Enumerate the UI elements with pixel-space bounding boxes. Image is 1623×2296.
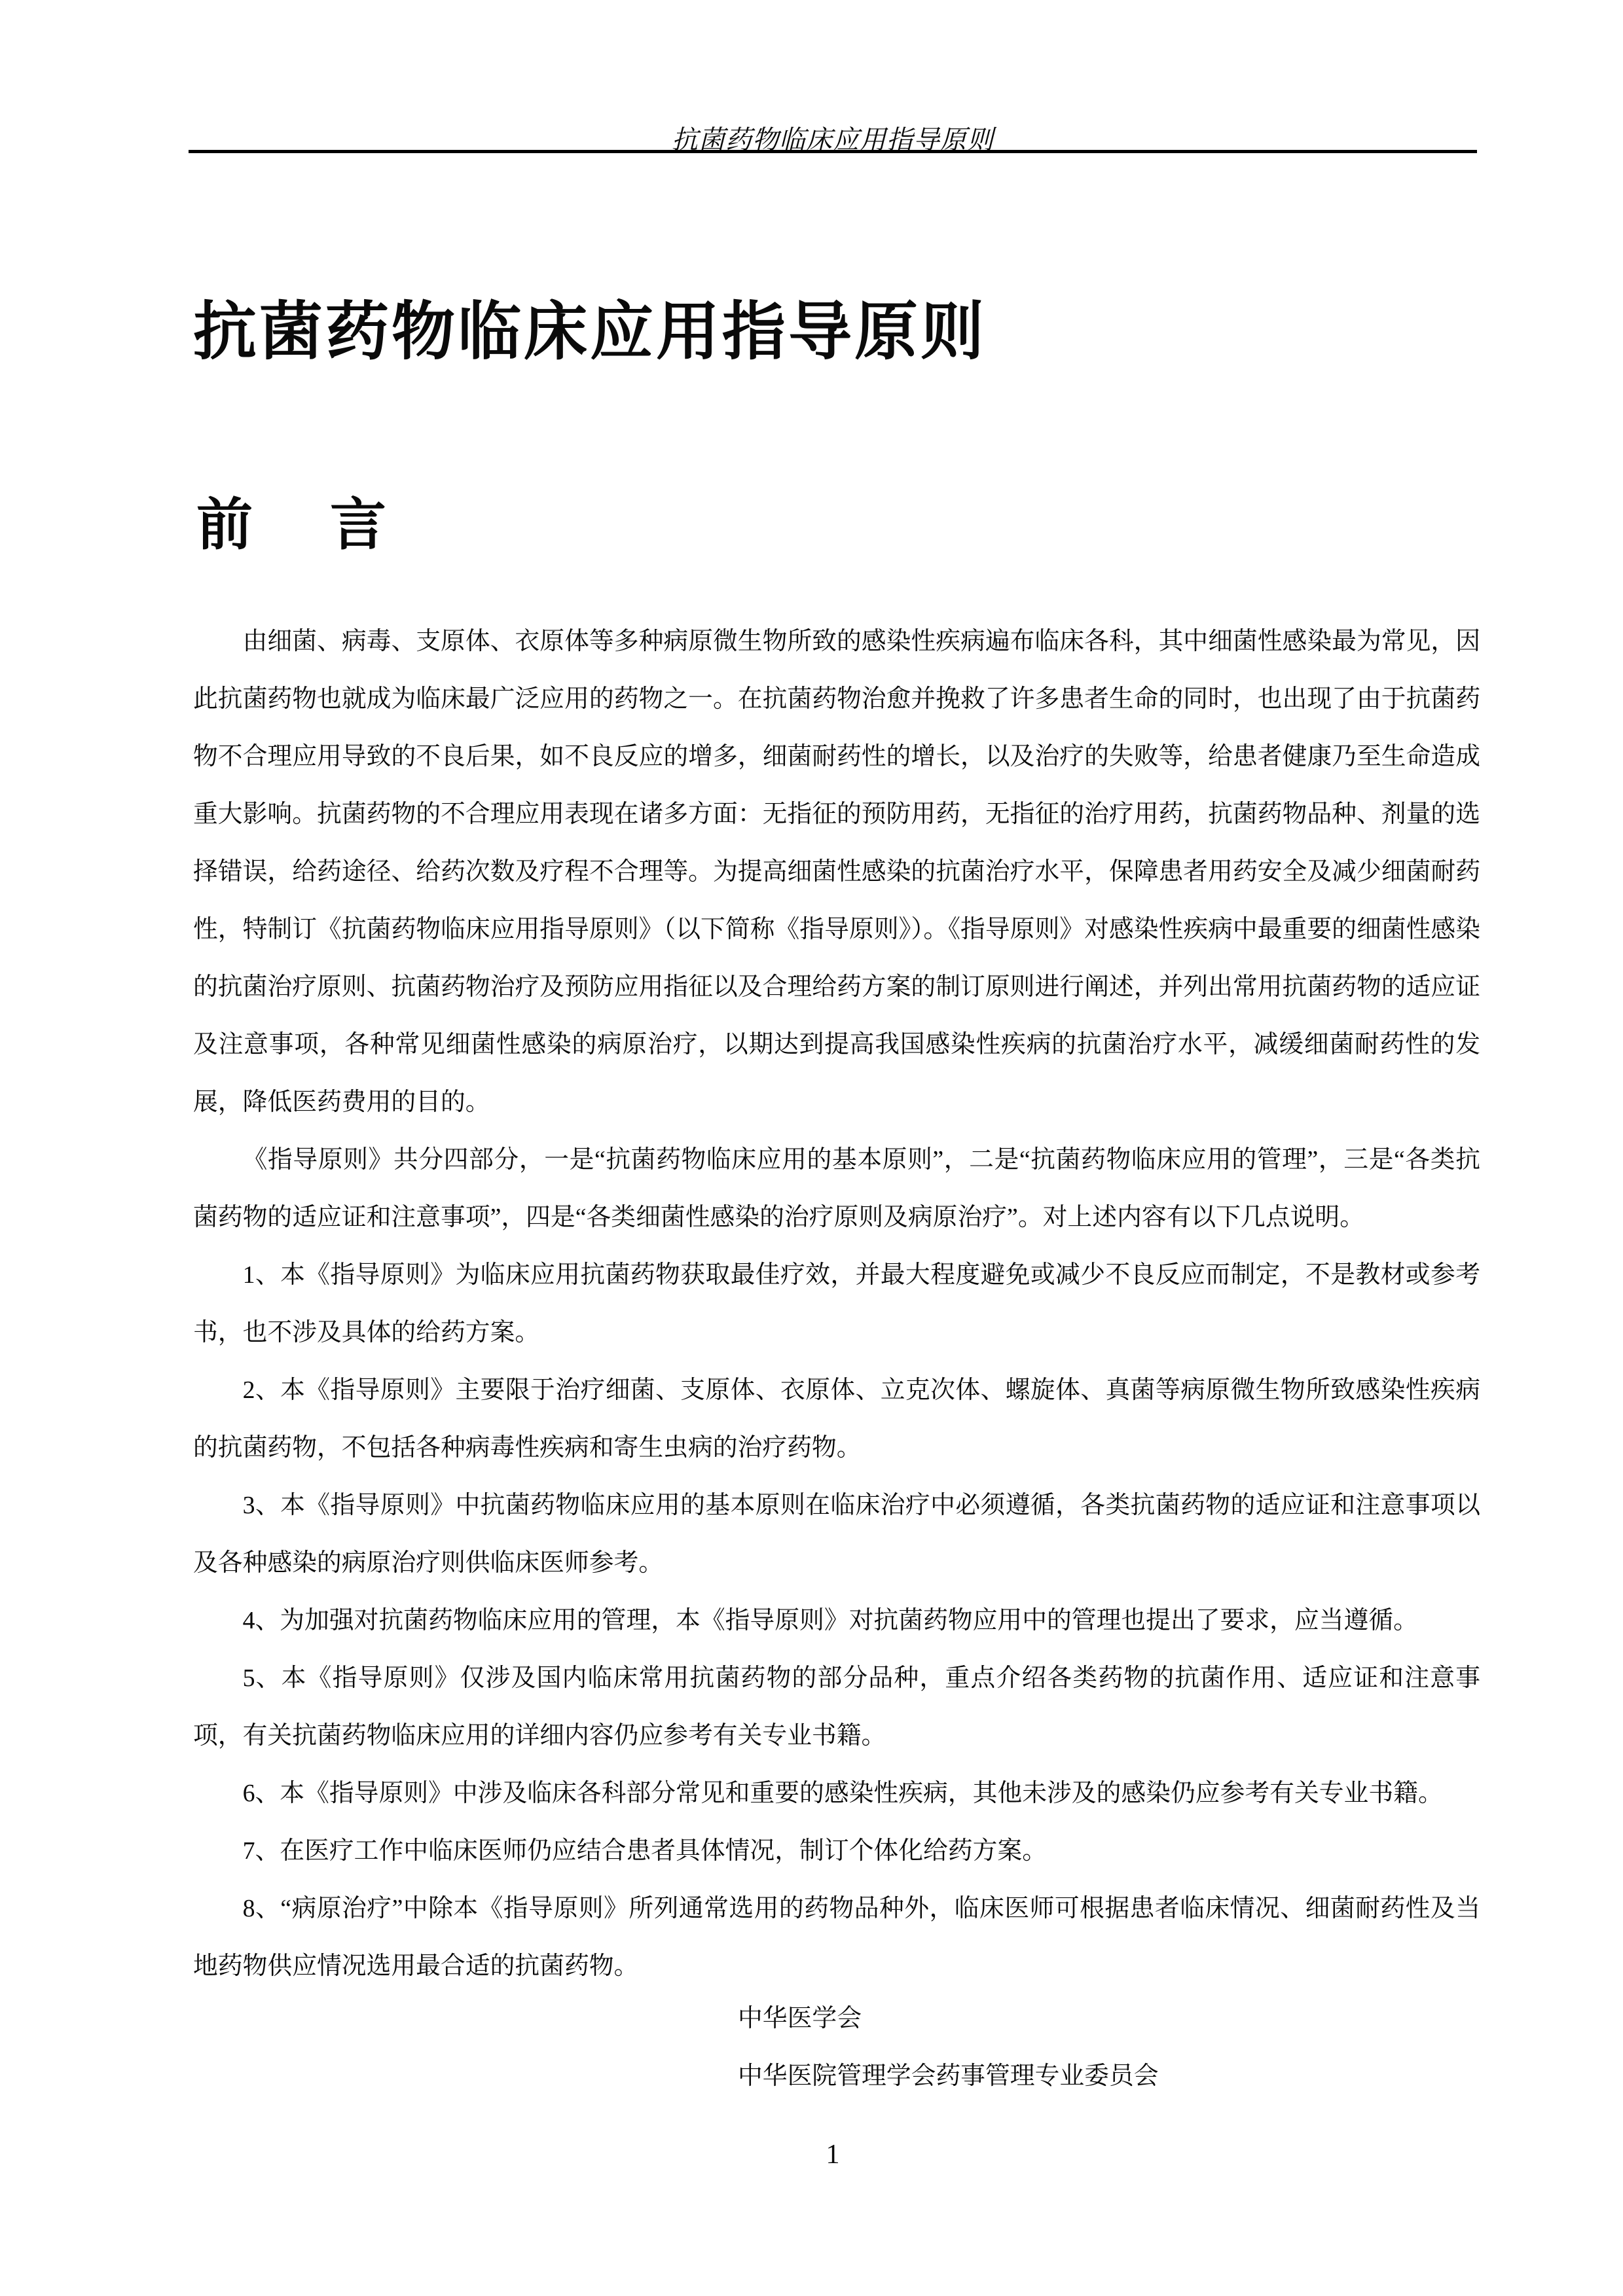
body-paragraph: 6、本《指导原则》中涉及临床各科部分常见和重要的感染性疾病，其他未涉及的感染仍应…: [193, 1765, 1480, 1822]
body-paragraph: 3、本《指导原则》中抗菌药物临床应用的基本原则在临床治疗中必须遵循，各类抗菌药物…: [193, 1477, 1480, 1592]
signature-line: 中华医院管理学会药事管理专业委员会: [738, 2047, 1159, 2105]
preface-heading-char-1: 前: [196, 493, 253, 556]
document-page: 抗菌药物临床应用指导原则 抗菌药物临床应用指导原则 前言 由细菌、病毒、支原体、…: [0, 0, 1623, 2296]
body-paragraph: 2、本《指导原则》主要限于治疗细菌、支原体、衣原体、立克次体、螺旋体、真菌等病原…: [193, 1361, 1480, 1477]
body-paragraph: 《指导原则》共分四部分，一是“抗菌药物临床应用的基本原则”，二是“抗菌药物临床应…: [193, 1131, 1480, 1246]
page-number: 1: [189, 2139, 1477, 2170]
body-paragraph: 8、“病原治疗”中除本《指导原则》所列通常选用的药物品种外，临床医师可根据患者临…: [193, 1880, 1480, 1995]
body-text: 由细菌、病毒、支原体、衣原体等多种病原微生物所致的感染性疾病遍布临床各科，其中细…: [193, 613, 1480, 1995]
header-rule: [189, 150, 1477, 153]
preface-heading: 前言: [196, 494, 386, 556]
body-paragraph: 由细菌、病毒、支原体、衣原体等多种病原微生物所致的感染性疾病遍布临床各科，其中细…: [193, 613, 1480, 1131]
body-paragraph: 1、本《指导原则》为临床应用抗菌药物获取最佳疗效，并最大程度避免或减少不良反应而…: [193, 1246, 1480, 1361]
signature-line: 中华医学会: [738, 1990, 1159, 2047]
body-paragraph: 7、在医疗工作中临床医师仍应结合患者具体情况，制订个体化给药方案。: [193, 1822, 1480, 1880]
body-paragraph: 5、本《指导原则》仅涉及国内临床常用抗菌药物的部分品种，重点介绍各类药物的抗菌作…: [193, 1649, 1480, 1765]
page-title: 抗菌药物临床应用指导原则: [193, 298, 987, 368]
preface-heading-char-2: 言: [330, 493, 386, 556]
body-paragraph: 4、为加强对抗菌药物临床应用的管理，本《指导原则》对抗菌药物应用中的管理也提出了…: [193, 1592, 1480, 1649]
signature-block: 中华医学会中华医院管理学会药事管理专业委员会: [738, 1990, 1159, 2105]
